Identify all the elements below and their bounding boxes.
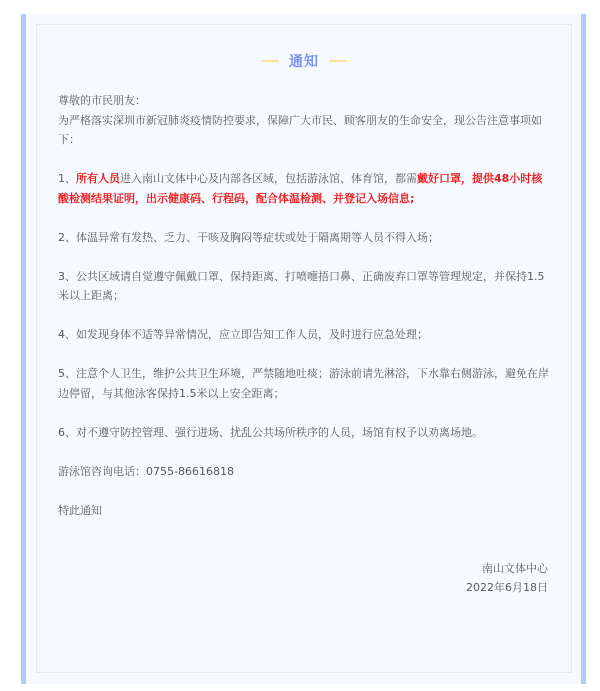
notice-body: 尊敬的市民朋友： 为严格落实深圳市新冠肺炎疫情防控要求，保障广大市民、顾客朋友的… bbox=[58, 91, 550, 598]
rule-1-prefix: 1、 bbox=[58, 172, 76, 185]
notice-frame: 通知 尊敬的市民朋友： 为严格落实深圳市新冠肺炎疫情防控要求，保障广大市民、顾客… bbox=[21, 14, 586, 684]
rule-item-4: 4、如发现身体不适等异常情况，应立即告知工作人员，及时进行应急处理； bbox=[58, 325, 550, 345]
notice-box: 通知 尊敬的市民朋友： 为严格落实深圳市新冠肺炎疫情防控要求，保障广大市民、顾客… bbox=[36, 24, 572, 673]
rule-item-1: 1、所有人员进入南山文体中心及内部各区域，包括游泳馆、体育馆，都需戴好口罩，提供… bbox=[58, 169, 550, 208]
signature-date: 2022年6月18日 bbox=[58, 578, 548, 598]
phone-line: 游泳馆咨询电话：0755-86616818 bbox=[58, 462, 550, 482]
rule-1-highlight-all-persons: 所有人员 bbox=[76, 172, 120, 185]
notice-title: 通知 bbox=[289, 51, 319, 71]
rule-item-5: 5、注意个人卫生，维护公共卫生环境，严禁随地吐痰；游泳前请先淋浴，下水靠右侧游泳… bbox=[58, 364, 550, 403]
signature-block: 南山文体中心 2022年6月18日 bbox=[58, 539, 550, 598]
rule-1-text: 进入南山文体中心及内部各区域，包括游泳馆、体育馆，都需 bbox=[120, 172, 417, 185]
rule-item-3: 3、公共区域请自觉遵守佩戴口罩、保持距离、打喷嚏捂口鼻、正确废弃口罩等管理规定，… bbox=[58, 267, 550, 306]
greeting: 尊敬的市民朋友： bbox=[58, 91, 550, 111]
title-deco-left bbox=[261, 60, 279, 62]
signature-org: 南山文体中心 bbox=[58, 559, 548, 579]
title-deco-right bbox=[329, 60, 347, 62]
intro-paragraph: 为严格落实深圳市新冠肺炎疫情防控要求，保障广大市民、顾客朋友的生命安全，现公告注… bbox=[58, 111, 550, 150]
rule-item-2: 2、体温异常有发热、乏力、干咳及胸闷等症状或处于隔离期等人员不得入场； bbox=[58, 228, 550, 248]
rule-item-6: 6、对不遵守防控管理、强行进场、扰乱公共场所秩序的人员，场馆有权予以劝离场地。 bbox=[58, 423, 550, 443]
closing-line: 特此通知 bbox=[58, 501, 550, 521]
notice-header: 通知 bbox=[58, 49, 550, 73]
